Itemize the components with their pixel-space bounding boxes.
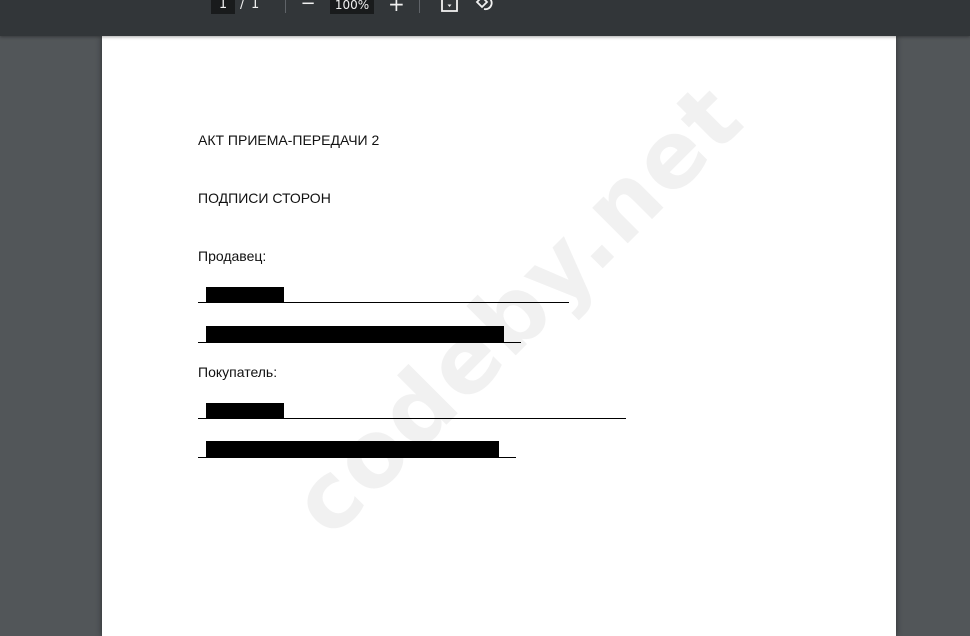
rotate-button[interactable]	[475, 0, 495, 14]
redaction-block	[206, 403, 284, 419]
seller-label: Продавец:	[198, 248, 266, 264]
toolbar-divider	[285, 0, 286, 13]
zoom-in-button[interactable]: +	[388, 0, 404, 14]
zoom-out-button[interactable]: −	[300, 0, 316, 13]
fit-to-page-button[interactable]	[440, 0, 460, 14]
seller-name-line	[198, 342, 521, 343]
document-title: АКТ ПРИЕМА-ПЕРЕДАЧИ 2	[198, 132, 379, 148]
fit-to-page-icon	[440, 0, 460, 14]
minus-icon: −	[300, 0, 315, 14]
page-number-input[interactable]: 1	[211, 0, 235, 14]
buyer-label: Покупатель:	[198, 364, 277, 380]
buyer-name-line	[198, 457, 516, 458]
toolbar-divider	[419, 0, 420, 13]
plus-icon: +	[388, 0, 405, 16]
redaction-block	[206, 441, 499, 457]
page-separator: /	[240, 0, 244, 14]
redaction-block	[206, 287, 284, 303]
pdf-page: codeby.net АКТ ПРИЕМА-ПЕРЕДАЧИ 2 ПОДПИСИ…	[102, 36, 896, 600]
redaction-block	[206, 326, 504, 342]
rotate-icon	[475, 0, 495, 14]
section-heading: ПОДПИСИ СТОРОН	[198, 190, 331, 206]
zoom-level-input[interactable]: 100%	[330, 0, 374, 14]
pdf-toolbar: 1 / 1 − 100% +	[0, 0, 970, 36]
total-pages: 1	[251, 0, 259, 14]
pdf-viewer: codeby.net АКТ ПРИЕМА-ПЕРЕДАЧИ 2 ПОДПИСИ…	[0, 36, 970, 600]
